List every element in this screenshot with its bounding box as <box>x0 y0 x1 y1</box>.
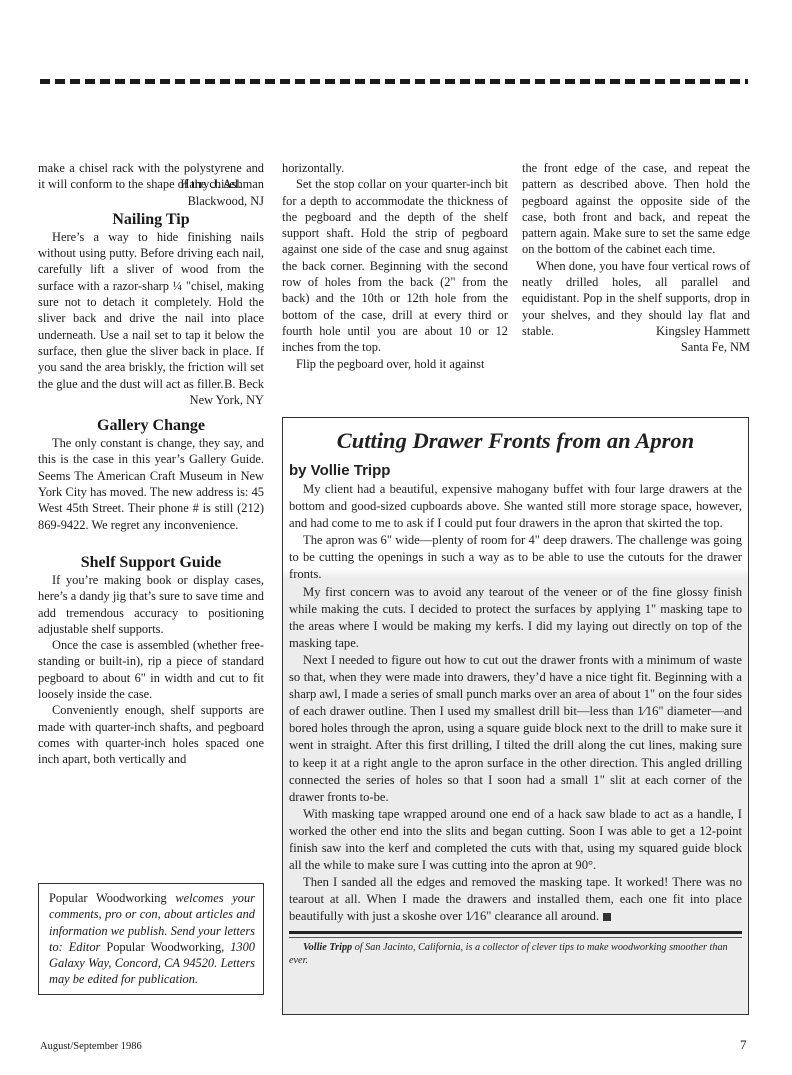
magazine-name: Popular Woodworking, <box>106 940 224 954</box>
shelf-support-paragraph: Conveniently enough, shelf supports are … <box>38 702 264 767</box>
gallery-change-body: The only constant is change, they say, a… <box>38 435 264 533</box>
feature-paragraph: My first concern was to avoid any tearou… <box>289 584 742 652</box>
issue-date: August/September 1986 <box>40 1041 142 1052</box>
shelf-support-paragraph: the front edge of the case, and repeat t… <box>522 160 750 258</box>
author-bio-text: of San Jacinto, California, is a collect… <box>289 942 728 966</box>
header-dashed-rule <box>40 79 748 84</box>
feature-paragraph: The apron was 6" wide—plenty of room for… <box>289 532 742 583</box>
shelf-support-paragraph: If you’re making book or display cases, … <box>38 572 264 637</box>
letters-to-editor-box: Popular Woodworking welcomes your commen… <box>38 883 264 995</box>
shelf-support-paragraph: Flip the pegboard over, hold it against <box>282 356 508 372</box>
shelf-support-author: Kingsley Hammett <box>522 323 750 339</box>
author-bio: Vollie Tripp of San Jacinto, California,… <box>289 941 742 967</box>
feature-divider-thin <box>289 937 742 938</box>
nailing-tip-body: Here’s a way to hide finishing nails wit… <box>38 229 264 392</box>
feature-body: My client had a beautiful, expensive mah… <box>289 481 742 925</box>
shelf-support-paragraph: Set the stop collar on your quarter-inch… <box>282 176 508 355</box>
column-1: make a chisel rack with the polystyrene … <box>38 160 264 768</box>
author-bio-name: Vollie Tripp <box>303 942 352 953</box>
feature-paragraph: Next I needed to figure out how to cut o… <box>289 652 742 806</box>
feature-byline: by Vollie Tripp <box>289 462 748 479</box>
column-2: horizontally. Set the stop collar on you… <box>282 160 508 372</box>
feature-paragraph: My client had a beautiful, expensive mah… <box>289 481 742 532</box>
feature-paragraph: With masking tape wrapped around one end… <box>289 806 742 874</box>
gallery-change-heading: Gallery Change <box>38 416 264 435</box>
magazine-name: Popular Woodworking <box>49 891 167 905</box>
shelf-support-heading: Shelf Support Guide <box>38 553 264 572</box>
feature-title: Cutting Drawer Fronts from an Apron <box>283 428 748 454</box>
shelf-support-continued: horizontally. <box>282 160 508 176</box>
end-of-article-icon <box>603 913 611 921</box>
page-number: 7 <box>740 1037 747 1053</box>
shelf-support-location: Santa Fe, NM <box>522 339 750 355</box>
feature-paragraph-final: Then I sanded all the edges and removed … <box>289 874 742 925</box>
chisel-tip-location: Blackwood, NJ <box>38 193 264 209</box>
nailing-tip-heading: Nailing Tip <box>38 210 264 229</box>
shelf-support-paragraph: Once the case is assembled (whether free… <box>38 637 264 702</box>
feature-paragraph-text: Then I sanded all the edges and removed … <box>289 875 742 923</box>
nailing-tip-location: New York, NY <box>38 392 264 408</box>
feature-article-box: Cutting Drawer Fronts from an Apron by V… <box>282 417 749 1015</box>
column-3: the front edge of the case, and repeat t… <box>522 160 750 356</box>
feature-divider-thick <box>289 931 742 934</box>
